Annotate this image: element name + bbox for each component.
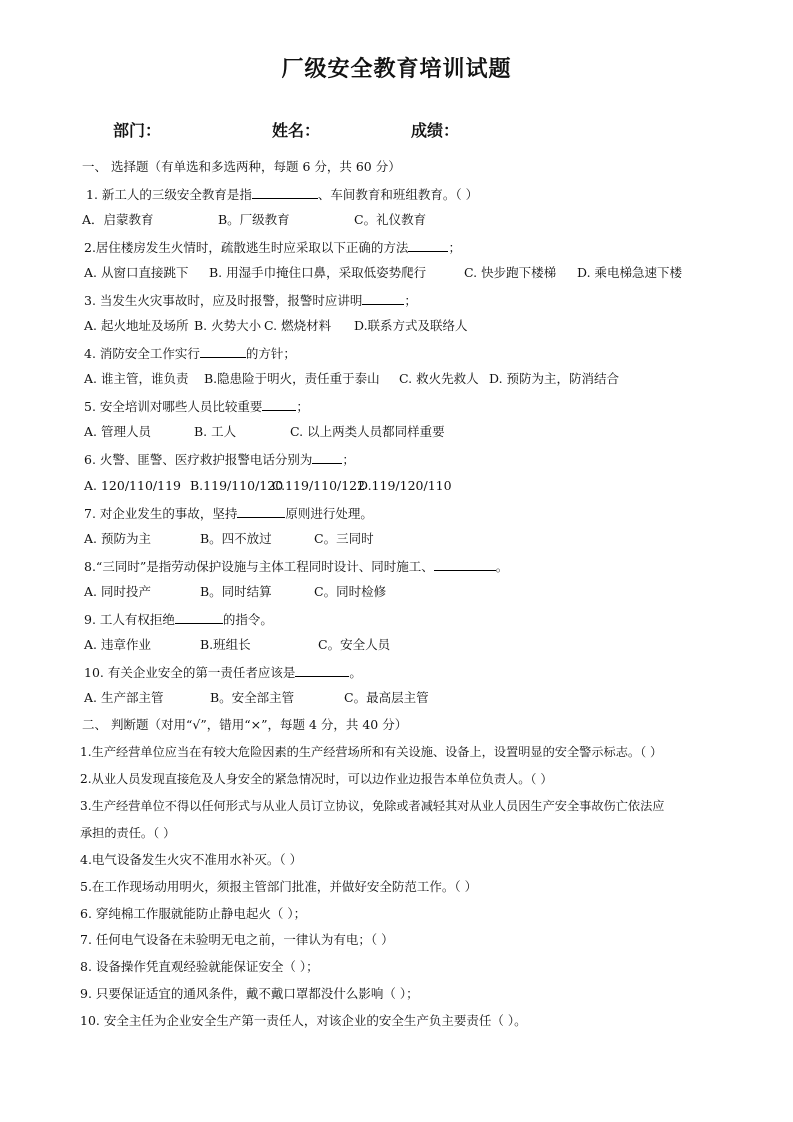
judgment-3: 3.生产经营单位不得以任何形式与从业人员订立协议，免除或者减轻其对从业人员因生产… [80, 798, 664, 814]
answer-blank [237, 505, 285, 518]
judgment-3-cont: 承担的责任。（ ） [80, 825, 175, 841]
options-10: A. 生产部主管B。安全部主管C。最高层主管 [84, 690, 429, 706]
question-6: 6. 火警、匪警、医疗救护报警电话分别为； [84, 451, 355, 468]
question-5: 5. 安全培训对哪些人员比较重要； [84, 398, 309, 415]
judgment-2: 2.从业人员发现直接危及人身安全的紧急情况时，可以边作业边报告本单位负责人。（ … [80, 771, 553, 787]
answer-blank [312, 451, 342, 464]
options-7: A. 预防为主B。四不放过C。三同时 [84, 531, 374, 547]
answer-blank [408, 239, 448, 252]
question-10: 10. 有关企业安全的第一责任者应该是。 [84, 664, 362, 681]
page-title: 厂级安全教育培训试题 [0, 52, 793, 83]
judgment-10: 10. 安全主任为企业安全生产第一责任人，对该企业的安全生产负主要责任（ ）。 [80, 1013, 527, 1029]
options-3: A. 起火地址及场所B. 火势大小C. 燃烧材料D.联系方式及联络人 [84, 318, 468, 334]
name-label: 姓名： [272, 118, 320, 141]
options-6: A. 120/110/119B.119/110/120C.119/110/122… [84, 478, 452, 494]
judgment-1: 1.生产经营单位应当在有较大危险因素的生产经营场所和有关设施、设备上，设置明显的… [80, 744, 662, 760]
options-8: A. 同时投产B。同时结算C。同时检修 [84, 584, 386, 600]
answer-blank [200, 345, 246, 358]
judgment-7: 7. 任何电气设备在未验明无电之前，一律认为有电；（ ） [80, 932, 394, 948]
question-3: 3. 当发生火灾事故时，应及时报警，报警时应讲明； [84, 292, 417, 309]
section1-heading: 一、 选择题（有单选和多选两种，每题 6 分，共 60 分） [82, 159, 401, 175]
question-4: 4. 消防安全工作实行的方针； [84, 345, 296, 362]
answer-blank [262, 398, 296, 411]
options-2: A. 从窗口直接跳下B. 用湿手巾掩住口鼻，采取低姿势爬行C. 快步跑下楼梯D.… [84, 265, 682, 281]
answer-blank [175, 611, 223, 624]
department-label: 部门： [113, 118, 161, 141]
options-5: A. 管理人员B. 工人C. 以上两类人员都同样重要 [84, 424, 445, 440]
question-2: 2.居住楼房发生火情时，疏散逃生时应采取以下正确的方法； [84, 239, 461, 256]
judgment-6: 6. 穿纯棉工作服就能防止静电起火（ ）； [80, 906, 306, 922]
answer-blank [252, 186, 318, 199]
answer-blank [295, 664, 349, 677]
answer-blank [434, 558, 496, 571]
judgment-9: 9. 只要保证适宜的通风条件，戴不戴口罩都没什么影响（ ）； [80, 986, 419, 1002]
question-8: 8.“三同时”是指劳动保护设施与主体工程同时设计、同时施工、。 [84, 558, 508, 575]
judgment-8: 8. 设备操作凭直观经验就能保证安全（ ）； [80, 959, 319, 975]
options-9: A. 违章作业B.班组长C。安全人员 [84, 637, 390, 653]
section2-heading: 二、 判断题（对用“√”，错用“×”，每题 4 分，共 40 分） [82, 717, 407, 733]
answer-blank [362, 292, 404, 305]
judgment-4: 4.电气设备发生火灾不准用水补灭。（ ） [80, 852, 302, 868]
options-4: A. 谁主管，谁负责B.隐患险于明火，责任重于泰山C. 救火先救人D. 预防为主… [84, 371, 619, 387]
judgment-5: 5.在工作现场动用明火，须报主管部门批准，并做好安全防范工作。（ ） [80, 879, 477, 895]
question-7: 7. 对企业发生的事故，坚持原则进行处理。 [84, 505, 373, 522]
question-9: 9. 工人有权拒绝的指令。 [84, 611, 273, 628]
score-label: 成绩： [411, 118, 459, 141]
options-1: A．启蒙教育B。厂级教育C。礼仪教育 [82, 212, 426, 228]
question-1: 1. 新工人的三级安全教育是指、车间教育和班组教育。（ ） [86, 186, 478, 203]
